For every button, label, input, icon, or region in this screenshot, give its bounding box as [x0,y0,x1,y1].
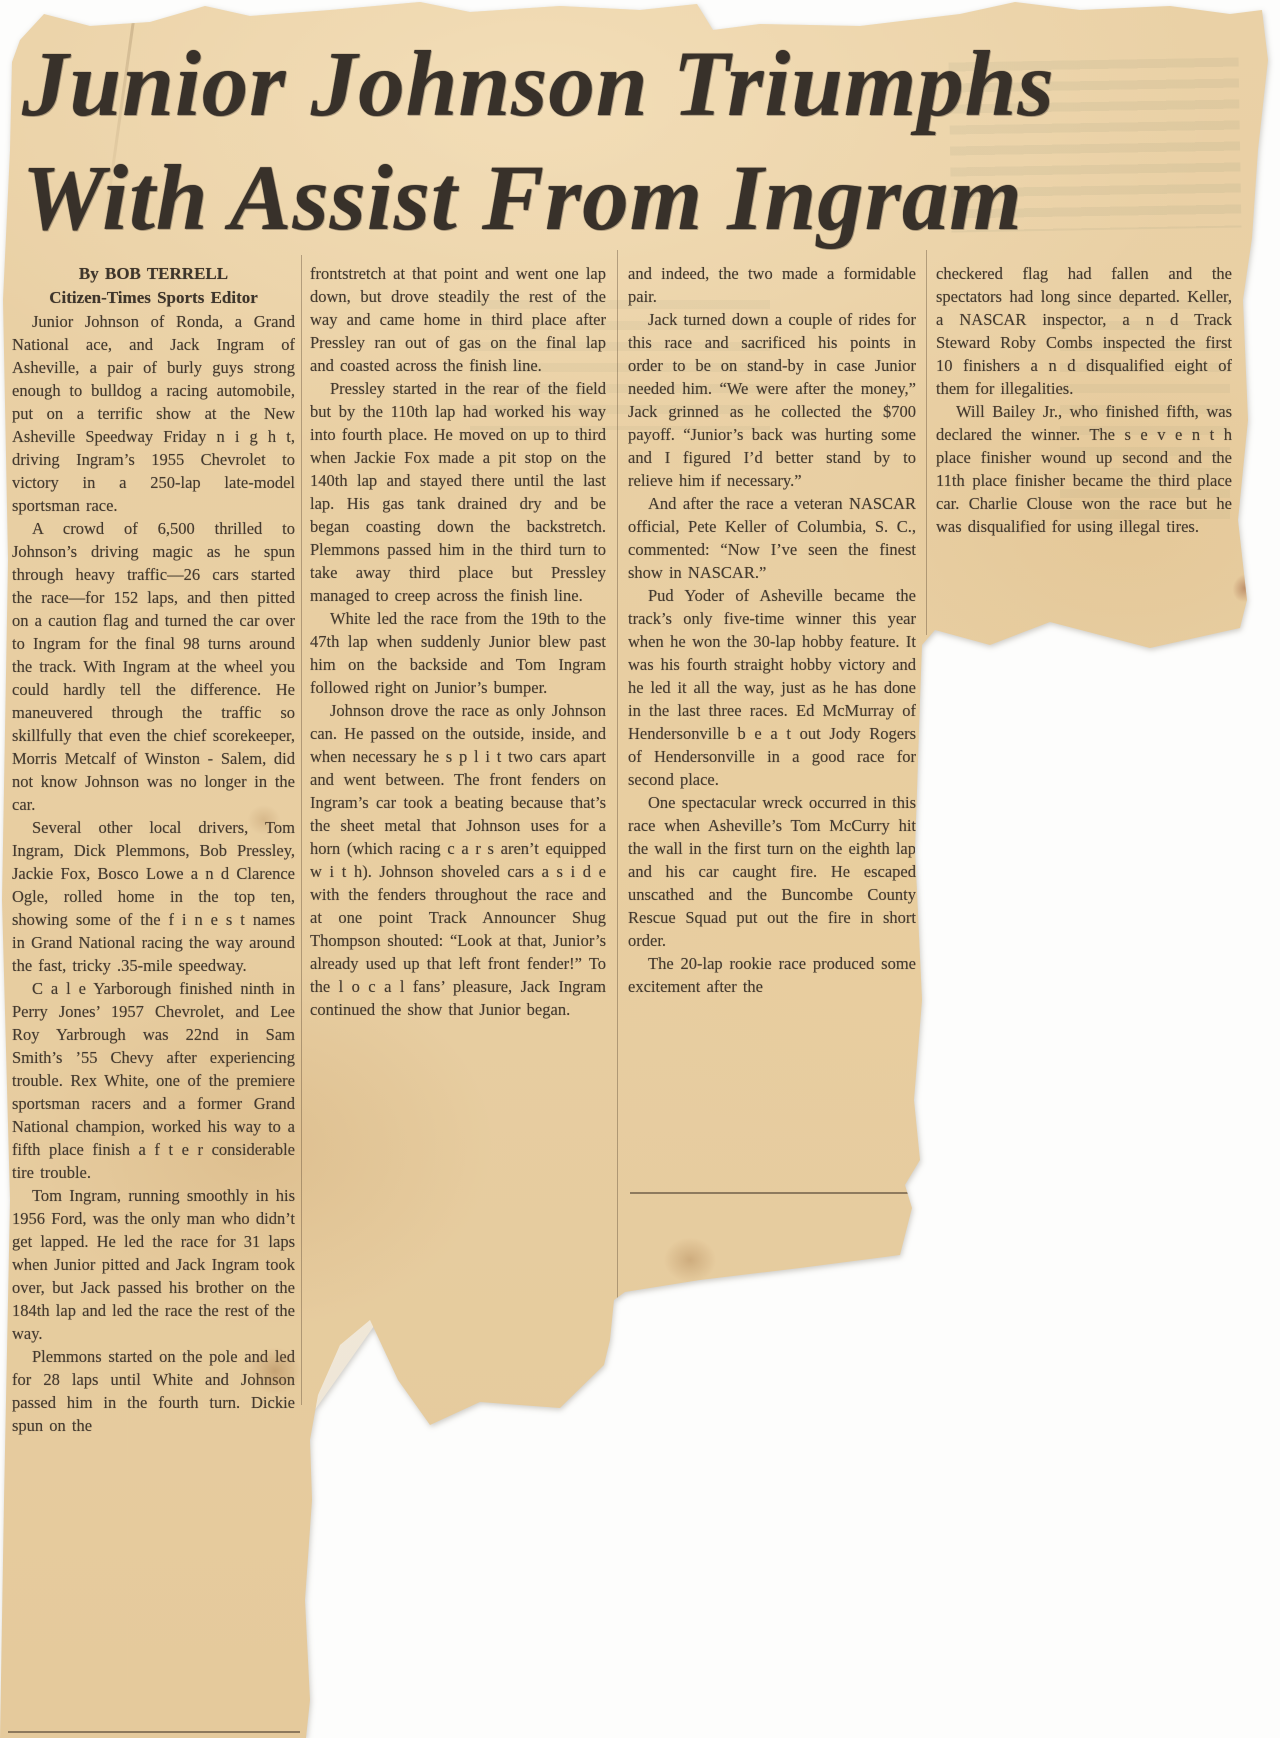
article-paragraph: Tom Ingram, running smoothly in his 1956… [12,1184,295,1345]
headline-line-1: Junior Johnson Triumphs [22,38,1055,131]
article-paragraph: Johnson drove the race as only Johnson c… [310,699,606,1021]
article-paragraph: One spectacular wreck occurred in this r… [628,791,916,952]
article-paragraph: A crowd of 6,500 thrilled to Johnson’s d… [12,517,295,816]
article-paragraph: The 20-lap rookie race produced some exc… [628,952,916,998]
article-paragraph: Plemmons started on the pole and led for… [12,1345,295,1437]
section-rule [630,1192,915,1194]
article-paragraph: Jack turned down a couple of rides for t… [628,308,916,492]
article-paragraph: White led the race from the 19th to the … [310,607,606,699]
column-rule [926,250,927,635]
article-column-1: By BOB TERRELL Citizen-Times Sports Edit… [12,262,295,1738]
newspaper-clipping: Junior Johnson Triumphs With Assist From… [0,0,1280,1738]
article-column-4: checkered flag had fallen and the specta… [936,262,1232,614]
article-column-3: and indeed, the two made a formidable pa… [628,262,916,1182]
clipping-paper: Junior Johnson Triumphs With Assist From… [0,0,1280,1738]
article-column-2: frontstretch at that point and went one … [310,262,606,1364]
article-paragraph: C a l e Yarborough finished ninth in Per… [12,977,295,1184]
article-paragraph: Pud Yoder of Asheville became the track’… [628,584,916,791]
article-paragraph: checkered flag had fallen and the specta… [936,262,1232,400]
article-paragraph: Will Bailey Jr., who finished fifth, was… [936,400,1232,538]
byline-author: By BOB TERRELL [12,262,295,286]
column-rule [617,250,618,1340]
article-paragraph: and indeed, the two made a formidable pa… [628,262,916,308]
article-paragraph: frontstretch at that point and went one … [310,262,606,377]
article-paragraph: Junior Johnson of Ronda, a Grand Nationa… [12,310,295,517]
article-paragraph: Pressley started in the rear of the fiel… [310,377,606,607]
column-rule [301,255,302,1405]
article-paragraph: And after the race a veteran NASCAR offi… [628,492,916,584]
headline-line-2: With Assist From Ingram [22,152,1023,245]
paper-stain [655,1230,725,1290]
byline-title: Citizen-Times Sports Editor [12,286,295,310]
scan-background: Junior Johnson Triumphs With Assist From… [0,0,1280,1738]
article-paragraph: Several other local drivers, Tom Ingram,… [12,816,295,977]
